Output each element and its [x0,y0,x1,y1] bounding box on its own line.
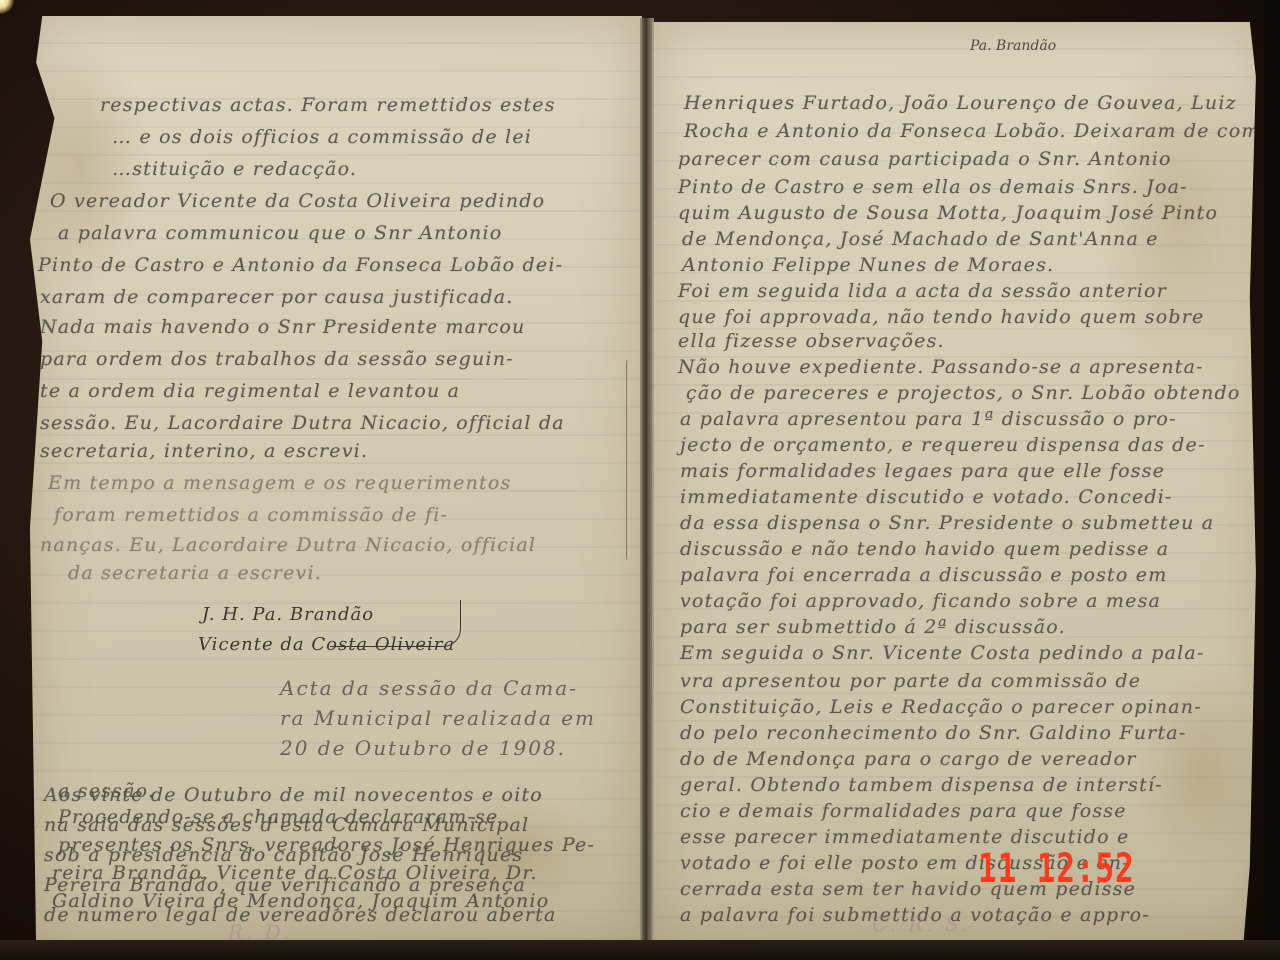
right-line-12: ção de pareceres e projectos, o Snr. Lob… [686,382,1241,404]
book-gutter [640,18,654,948]
right-line-8: Foi em seguida lida a acta da sessão ant… [678,280,1167,302]
right-line-16: immediatamente discutido e votado. Conce… [680,486,1173,508]
right-line-22: Em seguida o Snr. Vicente Costa pedindo … [680,642,1205,664]
left-line-4: O vereador Vicente da Costa Oliveira ped… [50,190,545,212]
page-tear [626,360,631,560]
water-stain [1132,662,1262,882]
right-line-19: palavra foi encerrada a discussão e post… [680,564,1167,586]
right-line-18: discussão e não tendo havido quem pediss… [680,538,1169,560]
left-body-line-9: reira Brandão, Vicente da Costa Oliveira… [52,862,538,884]
right-line-3: parecer com causa participada o Snr. Ant… [678,148,1172,170]
left-body-line-7: Procedendo-se a chamada declararam-se [58,806,498,828]
right-line-26: do de Mendonça para o cargo de vereador [680,748,1137,770]
minutes-heading-line-1: Acta da sessão da Cama- [280,676,578,700]
left-line-8: Nada mais havendo o Snr Presidente marco… [40,316,525,338]
left-line-5: a palavra communicou que o Snr Antonio [58,222,502,244]
right-line-14: jecto de orçamento, e requereu dispensa … [680,434,1206,456]
right-line-9: que foi approvada, não tendo havido quem… [678,306,1204,328]
signature-flourish [330,600,461,647]
right-line-21: para ser submettido á 2ª discussão. [680,616,1066,638]
right-line-7: Antonio Felippe Nunes de Moraes. [682,254,1054,276]
right-line-24: Constituição, Leis e Redacção o parecer … [680,696,1202,718]
left-body-line-6: a sessão. [58,780,155,802]
left-line-10: te a ordem dia regimental e levantou a [40,380,460,402]
left-body-line-8: presentes os Snrs. vereadores José Henri… [58,834,595,856]
left-line-15: nanças. Eu, Lacordaire Dutra Nicacio, of… [40,534,536,556]
flash-glare [0,0,14,14]
left-line-11: sessão. Eu, Lacordaire Dutra Nicacio, of… [40,412,565,434]
left-line-7: xaram de comparecer por causa justificad… [40,286,514,308]
left-line-9: para ordem dos trabalhos da sessão segui… [40,348,514,370]
right-line-2: Rocha e Antonio da Fonseca Lobão. Deixar… [684,120,1262,142]
right-line-13: a palavra apresentou para 1ª discussão o… [680,408,1177,430]
left-line-14: foram remettidos a commissão de fi- [54,504,448,526]
photo-scene: respectivas actas. Foram remettidos este… [0,0,1280,960]
ink-stamp: C. R. S. [872,912,970,936]
left-line-1: respectivas actas. Foram remettidos este… [100,94,556,116]
right-line-20: votação foi approvado, ficando sobre a m… [680,590,1161,612]
right-line-1: Henriques Furtado, João Lourenço de Gouv… [684,92,1237,114]
right-line-25: do pelo reconhecimento do Snr. Galdino F… [680,722,1186,744]
right-line-5: quim Augusto de Sousa Motta, Joaquim Jos… [678,202,1218,224]
left-line-6: Pinto de Castro e Antonio da Fonseca Lob… [38,254,563,276]
left-line-16: da secretaria a escrevi. [68,562,322,584]
right-line-11: Não houve expediente. Passando-se a apre… [678,356,1204,378]
right-line-27: geral. Obtendo tambem dispensa de inters… [680,774,1163,796]
left-line-2: … e os dois officios a commissão de lei [112,126,532,148]
top-initials: Pa. Brandão [970,38,1056,54]
left-line-3: …stituição e redacção. [112,158,357,180]
right-page: Pa. Brandão Henriques Furtado, João Lour… [652,22,1262,940]
right-line-4: Pinto de Castro e sem ella os demais Snr… [678,176,1188,198]
right-line-10: ella fizesse observações. [678,330,945,352]
right-line-23: vra apresentou por parte da commissão de [680,670,1141,692]
frame-edge-bottom [0,940,1280,960]
minutes-heading-line-2: ra Municipal realizada em [280,706,596,730]
right-line-15: mais formalidades legaes para que elle f… [680,460,1165,482]
camera-timestamp: 11 12:52 [978,846,1135,892]
minutes-heading-line-3: 20 de Outubro de 1908. [280,736,566,760]
right-line-28: cio e demais formalidades para que fosse [680,800,1127,822]
right-line-17: da essa dispensa o Snr. Presidente o sub… [680,512,1214,534]
right-line-6: de Mendonça, José Machado de Sant'Anna e [682,228,1159,250]
left-line-13: Em tempo a mensagem e os requerimentos [48,472,511,494]
left-body-line-10: Galdino Vieira de Mendonça, Joaquim Anto… [52,890,549,912]
left-line-12: secretaria, interino, a escrevi. [40,440,368,462]
right-line-29: esse parecer immediatamente discutido e [680,826,1129,848]
frame-edge-right [1264,0,1280,960]
